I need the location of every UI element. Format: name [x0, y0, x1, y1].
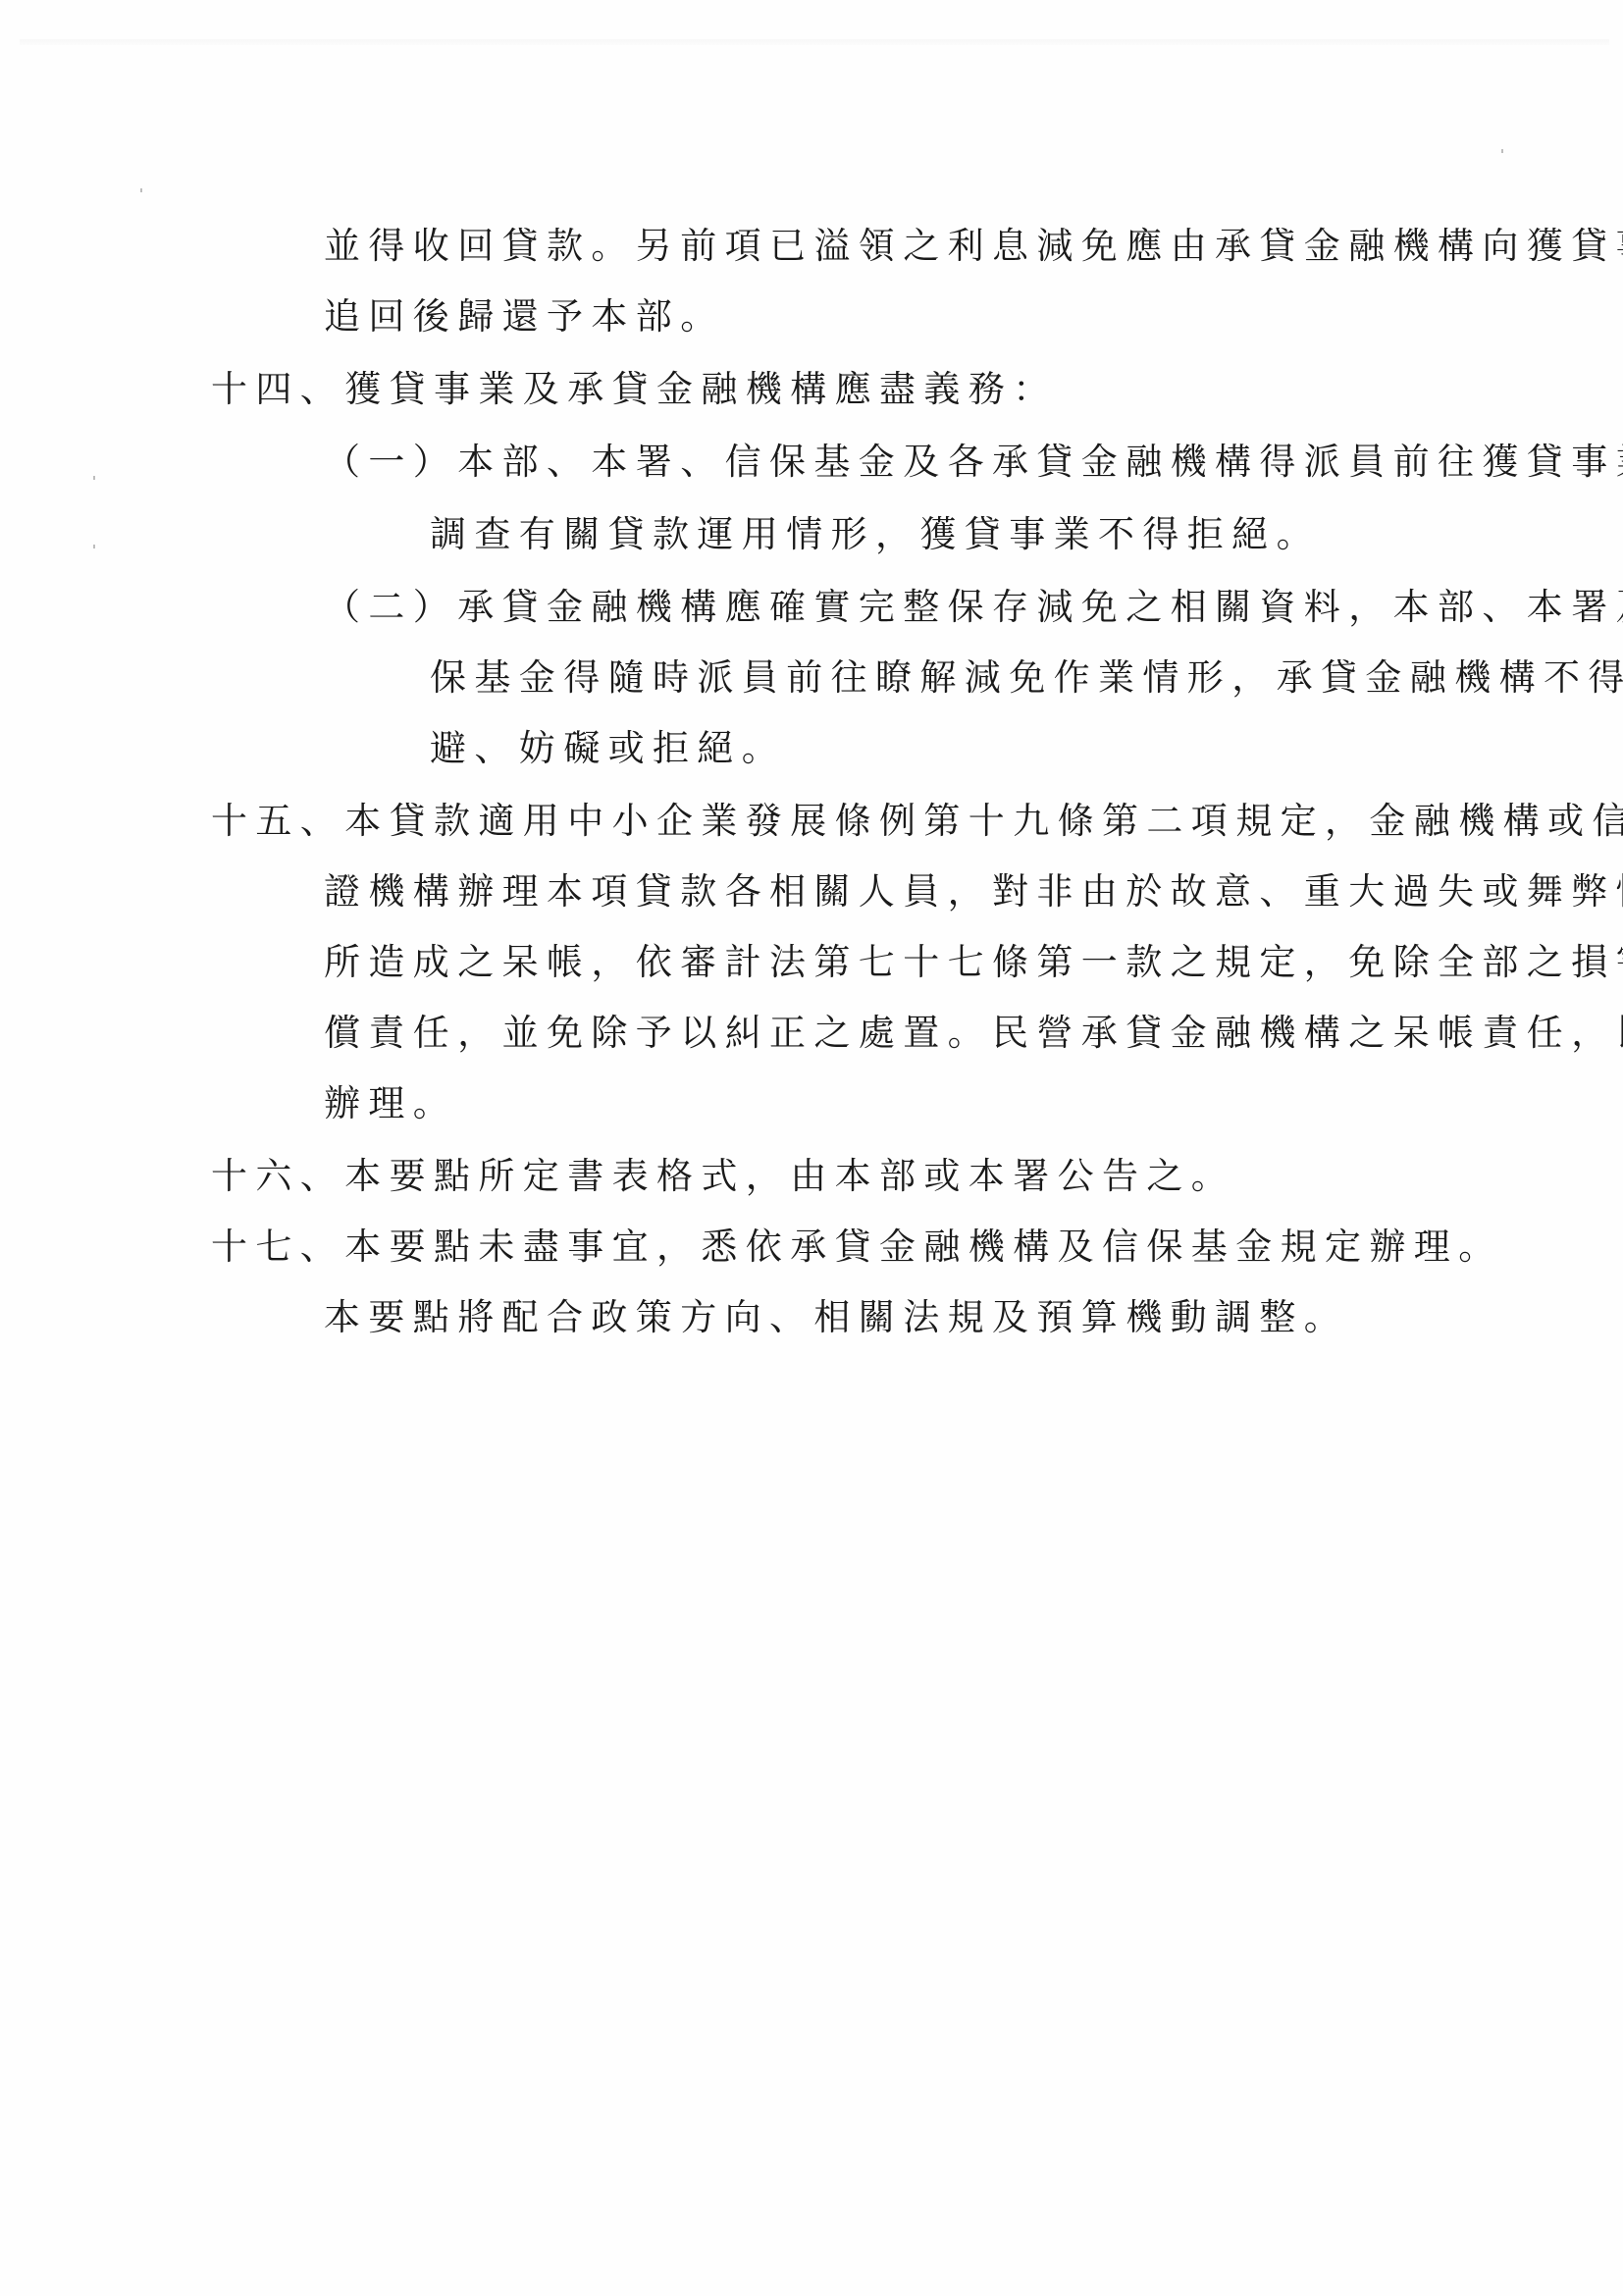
- text-line: 保基金得隨時派員前往瞭解減免作業情形，承貸金融機構不得規: [430, 655, 1623, 701]
- text-line: 十六、本要點所定書表格式，由本部或本署公告之。: [211, 1154, 1235, 1199]
- text-line: 並得收回貸款。另前項已溢領之利息減免應由承貸金融機構向獲貸事業: [324, 224, 1623, 269]
- text-line: 十五、本貸款適用中小企業發展條例第十九條第二項規定，金融機構或信用保: [211, 799, 1623, 844]
- text-line: 本要點將配合政策方向、相關法規及預算機動調整。: [324, 1295, 1348, 1340]
- text-line: 辦理。: [324, 1081, 457, 1126]
- text-line: 追回後歸還予本部。: [324, 294, 725, 339]
- text-line: 十七、本要點未盡事宜，悉依承貸金融機構及信保基金規定辦理。: [211, 1225, 1503, 1270]
- scan-speck: [93, 476, 95, 480]
- scan-speck: [140, 188, 142, 192]
- text-line: （二）承貸金融機構應確實完整保存減免之相關資料，本部、本署及信: [324, 585, 1623, 630]
- scan-speck: [1501, 149, 1503, 153]
- text-line: 避、妨礙或拒絕。: [430, 726, 786, 771]
- text-line: 所造成之呆帳，依審計法第七十七條第一款之規定，免除全部之損害賠: [324, 940, 1623, 985]
- scan-artifact: [20, 39, 1609, 45]
- text-line: 十四、獲貸事業及承貸金融機構應盡義務：: [211, 367, 1058, 412]
- text-line: （一）本部、本署、信保基金及各承貸金融機構得派員前往獲貸事業處: [324, 440, 1623, 485]
- scan-speck: [93, 545, 95, 548]
- text-line: 償責任，並免除予以糾正之處置。民營承貸金融機構之呆帳責任，比照: [324, 1011, 1623, 1056]
- document-page: 並得收回貸款。另前項已溢領之利息減免應由承貸金融機構向獲貸事業追回後歸還予本部。…: [0, 0, 1623, 2296]
- text-line: 證機構辦理本項貸款各相關人員，對非由於故意、重大過失或舞弊情事: [324, 869, 1623, 914]
- text-line: 調查有關貸款運用情形，獲貸事業不得拒絕。: [430, 512, 1321, 557]
